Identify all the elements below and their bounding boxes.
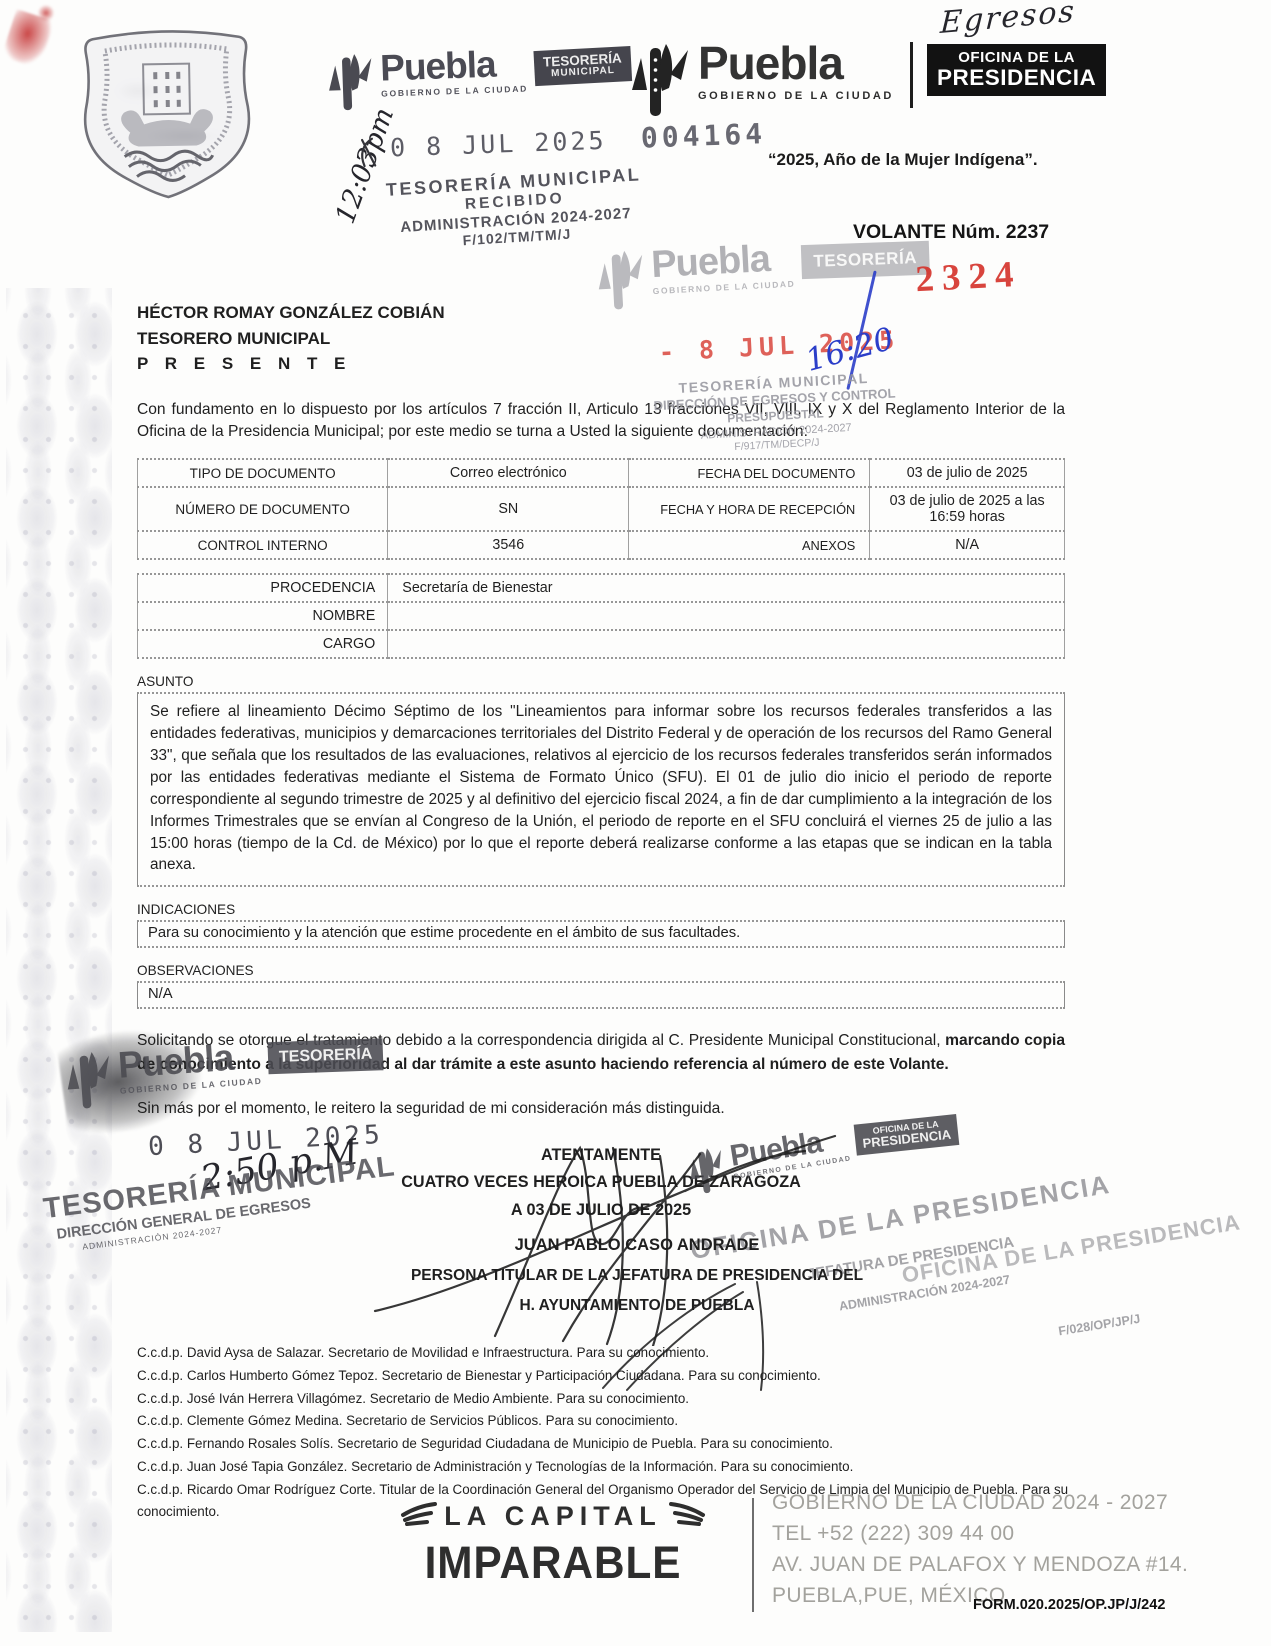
cell-label: CONTROL INTERNO <box>138 531 388 559</box>
table-row: NÚMERO DE DOCUMENTO SN FECHA Y HORA DE R… <box>138 487 1065 531</box>
intro-paragraph: Con fundamento en lo dispuesto por los a… <box>137 399 1065 443</box>
signer-title-line1: PERSONA TITULAR DE LA JEFATURA DE PRESID… <box>317 1267 957 1285</box>
observaciones-label: OBSERVACIONES <box>137 963 1065 978</box>
cell-value <box>388 602 1065 630</box>
cell-label: PROCEDENCIA <box>138 574 388 602</box>
signer-title-line2: H. AYUNTAMIENTO DE PUEBLA <box>317 1297 957 1315</box>
puebla-wordmark: Puebla <box>650 239 795 284</box>
indicaciones-label: INDICACIONES <box>137 902 1065 917</box>
signer-name: JUAN PABLO CASO ANDRADE <box>317 1236 957 1255</box>
cell-label: TIPO DE DOCUMENTO <box>138 459 388 487</box>
signer-block: JUAN PABLO CASO ANDRADE PERSONA TITULAR … <box>317 1236 957 1315</box>
handwritten-egresos-note: Egresos <box>939 0 1076 41</box>
cell-label: NÚMERO DE DOCUMENTO <box>138 487 388 531</box>
cell-label: CARGO <box>138 630 388 658</box>
la-capital-imparable-logo: LA CAPITAL IMPARABLE <box>388 1498 718 1589</box>
office-box-line2: PRESIDENCIA <box>937 66 1096 90</box>
puebla-wordmark: Puebla <box>380 45 528 87</box>
asunto-label: ASUNTO <box>137 674 1065 689</box>
indicaciones-text-box: Para su conocimiento y la atención que e… <box>137 920 1065 948</box>
table-row: CARGO <box>138 630 1065 658</box>
cell-value: Secretaría de Bienestar <box>388 574 1065 602</box>
footer-phone: TEL +52 (222) 309 44 00 <box>772 1518 1188 1549</box>
oficina-presidencia-box: OFICINA DE LA PRESIDENCIA <box>927 44 1106 96</box>
cell-value: Correo electrónico <box>388 459 629 487</box>
tesoreria-box: TESORERÍA <box>267 1038 383 1074</box>
year-legend: “2025, Año de la Mujer Indígena”. <box>768 150 1038 170</box>
cell-value: SN <box>388 487 629 531</box>
scanned-volante-document: Egresos Puebla GOBIERNO DE LA CIUDAD OFI… <box>0 0 1271 1646</box>
box-line2: MUNICIPAL <box>543 66 622 81</box>
red-ink-smudge <box>38 4 54 22</box>
footer-address: AV. JUAN DE PALAFOX Y MENDOZA #14. <box>772 1549 1188 1580</box>
form-code: FORM.020.2025/OP.JP/J/242 <box>973 1597 1165 1613</box>
received-folio-number: 004164 <box>640 117 766 154</box>
origin-table: PROCEDENCIA Secretaría de Bienestar NOMB… <box>137 573 1065 659</box>
red-control-number: 2324 <box>914 253 1022 301</box>
observaciones-text-box: N/A <box>137 981 1065 1009</box>
table-row: TIPO DE DOCUMENTO Correo electrónico FEC… <box>138 459 1065 487</box>
tesoreria-box: TESORERÍA MUNICIPAL <box>533 46 631 86</box>
footer-divider <box>752 1498 754 1612</box>
wing-left-icon <box>400 1498 438 1535</box>
cell-label: FECHA DEL DOCUMENTO <box>629 459 870 487</box>
office-box-line1: OFICINA DE LA <box>937 50 1096 66</box>
cc-item: C.c.d.p. Juan José Tapia González. Secre… <box>137 1456 1085 1479</box>
brand-line2: IMPARABLE <box>398 1537 708 1589</box>
footer-contact-block: GOBIERNO DE LA CIUDAD 2024 - 2027 TEL +5… <box>772 1487 1188 1611</box>
cc-item: C.c.d.p. Clemente Gómez Medina. Secretar… <box>137 1410 1085 1433</box>
footer-government-line: GOBIERNO DE LA CIUDAD 2024 - 2027 <box>772 1487 1188 1518</box>
puebla-logo-icon <box>62 1047 115 1121</box>
document-info-table: TIPO DE DOCUMENTO Correo electrónico FEC… <box>137 458 1065 560</box>
cc-item: C.c.d.p. Fernando Rosales Solís. Secreta… <box>137 1433 1085 1456</box>
cell-value: N/A <box>870 531 1065 559</box>
cell-value: 03 de julio de 2025 <box>870 459 1065 487</box>
header-divider <box>910 42 913 108</box>
left-margin-watermark-pattern <box>6 288 112 1632</box>
table-row: CONTROL INTERNO 3546 ANEXOS N/A <box>138 531 1065 559</box>
received-date-stamp: 0 8 JUL 2025 <box>390 126 608 163</box>
recipient-salutation: P R E S E N T E <box>137 351 1065 377</box>
tesoreria-box: TESORERÍA <box>801 241 930 279</box>
cell-value <box>388 630 1065 658</box>
brand-line1: LA CAPITAL <box>444 1501 661 1532</box>
wing-right-icon <box>668 1498 706 1535</box>
puebla-logo-icon <box>593 247 647 323</box>
table-row: NOMBRE <box>138 602 1065 630</box>
recipient-role: TESORERO MUNICIPAL <box>137 326 1065 352</box>
table-row: PROCEDENCIA Secretaría de Bienestar <box>138 574 1065 602</box>
stamp-dept-line: F/028/OP/JP/J <box>1057 1312 1141 1339</box>
cell-value: 03 de julio de 2025 a las 16:59 horas <box>870 487 1065 531</box>
cell-label: FECHA Y HORA DE RECEPCIÓN <box>629 487 870 531</box>
tesoreria-received-stamp: Puebla GOBIERNO DE LA CIUDAD TESORERÍA M… <box>325 37 762 253</box>
asunto-text-box: Se refiere al lineamiento Décimo Séptimo… <box>137 692 1065 887</box>
cell-value: 3546 <box>388 531 629 559</box>
coat-of-arms-icon <box>76 26 257 206</box>
cell-label: NOMBRE <box>138 602 388 630</box>
cell-label: ANEXOS <box>629 531 870 559</box>
